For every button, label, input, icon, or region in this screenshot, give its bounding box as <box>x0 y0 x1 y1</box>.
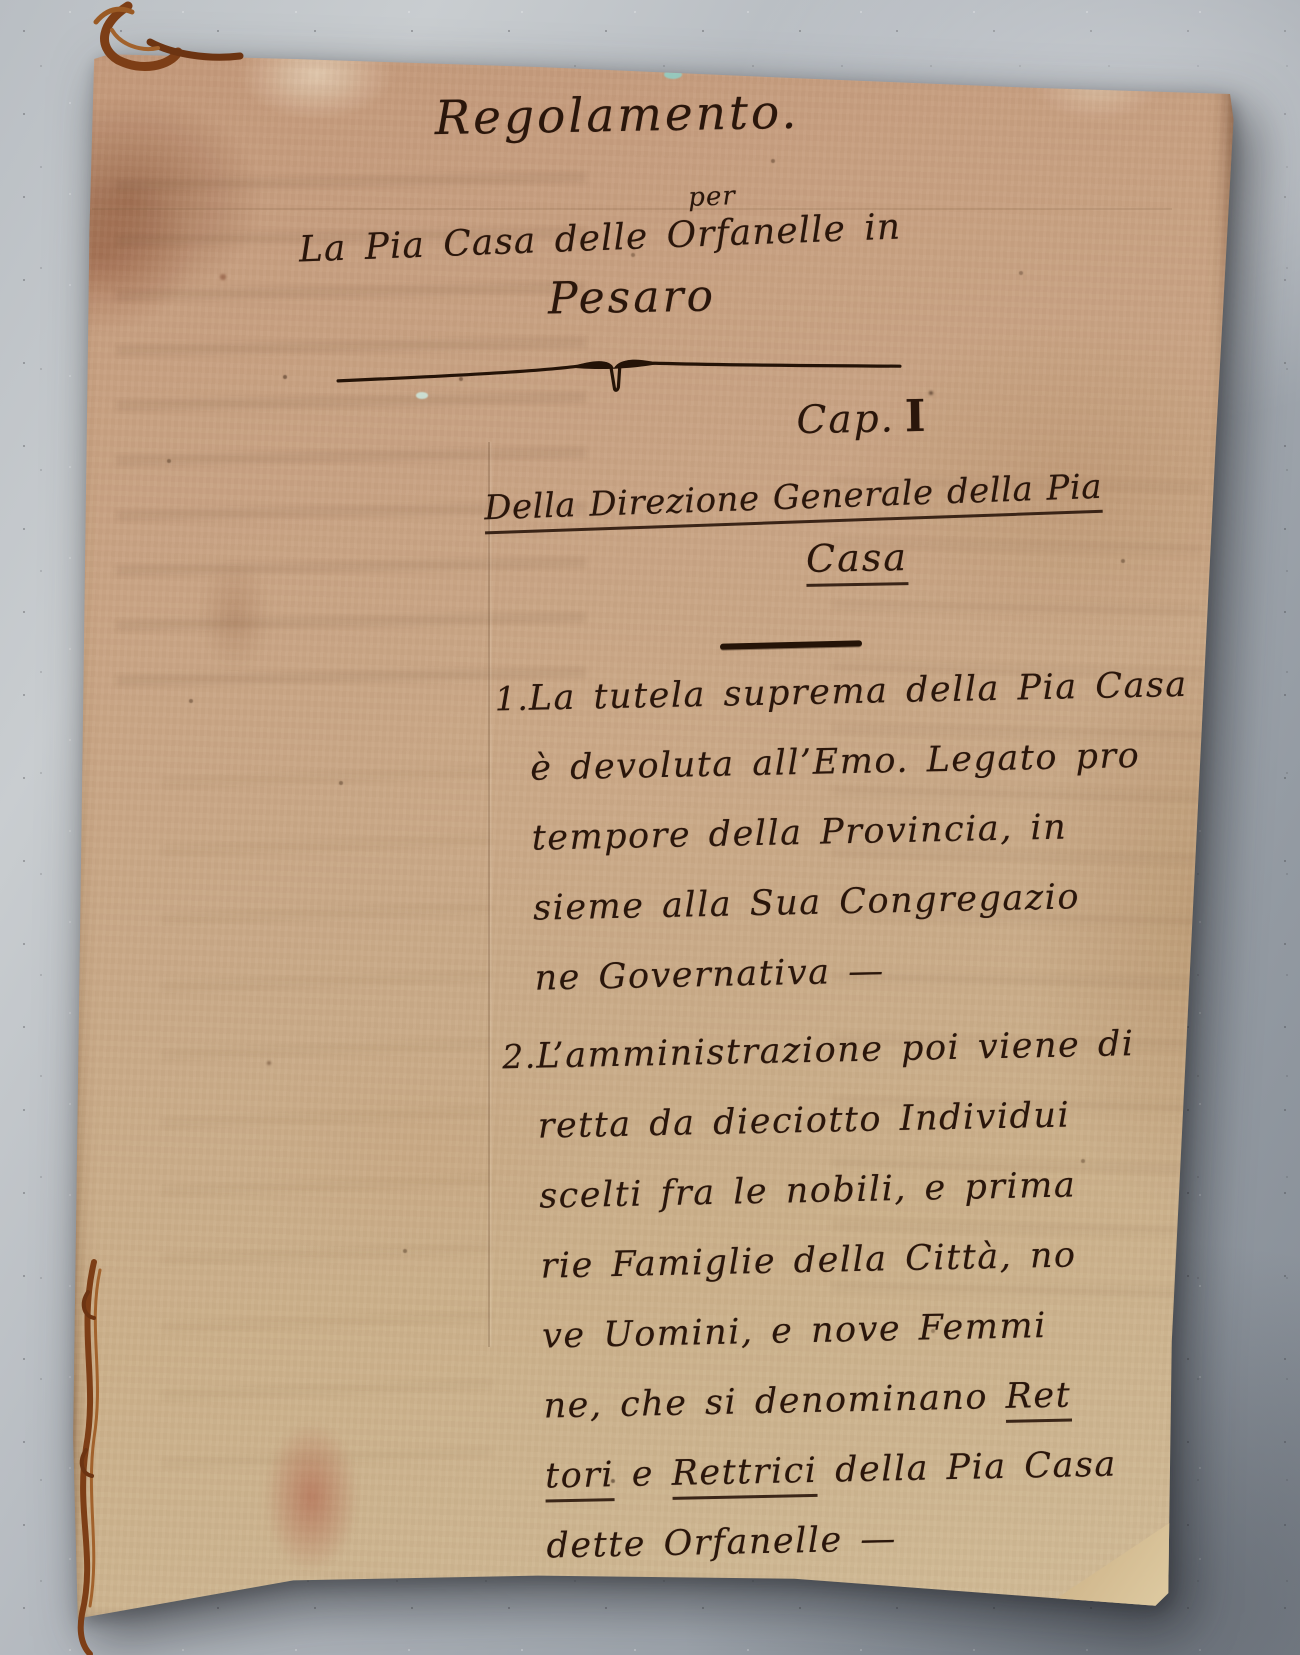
document-title: Regolamento. <box>352 83 883 147</box>
paragraph-number: 2. <box>502 1037 537 1077</box>
teal-glint-top <box>664 70 682 79</box>
paragraph: 2.L’amministrazione poi viene diretta da… <box>502 1023 1214 1598</box>
photo-backdrop: Regolamento. per La Pia Casa delle Orfan… <box>0 0 1300 1655</box>
vertical-crease <box>488 442 490 1347</box>
paragraph-number: 1. <box>494 679 529 719</box>
chapter-numeral: I <box>894 391 927 443</box>
red-stain <box>264 1422 359 1572</box>
bleedthrough-text-lower-left <box>162 720 492 1480</box>
brown-stain <box>200 560 270 670</box>
chapter-label: Cap. <box>796 396 895 443</box>
paragraph: 1.La tutela suprema della Pia Casaè devo… <box>494 665 1201 1030</box>
subtitle-per: per <box>632 179 793 215</box>
chapter-heading: Cap.I <box>762 390 963 444</box>
bleedthrough-text-upper-left <box>116 136 586 696</box>
paragraphs: 1.La tutela suprema della Pia Casaè devo… <box>494 665 1213 1605</box>
page-shadow-wrap: Regolamento. per La Pia Casa delle Orfan… <box>0 0 1300 1655</box>
section-heading-line1: Della Direzione Generale della Pia <box>484 464 1195 529</box>
section-heading-line2: Casa <box>772 535 943 582</box>
subtitle-city: Pesaro <box>492 270 773 326</box>
ink-specks <box>72 40 74 42</box>
short-rule <box>720 640 862 649</box>
subtitle-line: La Pia Casa delle Orfanelle in <box>289 206 910 271</box>
manuscript-line: ne Governativa — <box>534 945 1201 1029</box>
manuscript-page: Regolamento. per La Pia Casa delle Orfan… <box>72 40 1237 1628</box>
